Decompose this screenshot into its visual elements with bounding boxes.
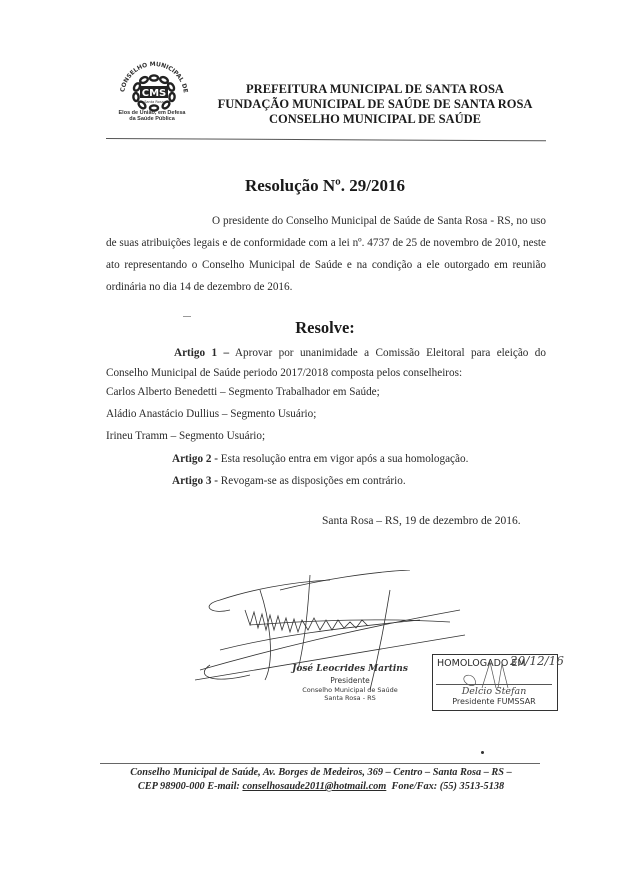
stray-dot bbox=[481, 751, 484, 754]
footer-divider bbox=[100, 763, 540, 764]
svg-text:CMS: CMS bbox=[142, 88, 167, 99]
member-2: Aládio Anastácio Dullius – Segmento Usuá… bbox=[106, 408, 316, 420]
article-3-text: Revogam-se as disposições em contrário. bbox=[221, 475, 406, 487]
letterhead-line1: PREFEITURA MUNICIPAL DE SANTA ROSA bbox=[210, 82, 540, 97]
stamp-signatory-name: Delcio Stefan bbox=[436, 686, 552, 697]
member-1: Carlos Alberto Benedetti – Segmento Trab… bbox=[106, 386, 380, 398]
footer-contact: Conselho Municipal de Saúde, Av. Borges … bbox=[96, 766, 546, 794]
footer-line2: CEP 98900-000 E-mail: conselhosaude2011@… bbox=[96, 780, 546, 794]
place-date: Santa Rosa – RS, 19 de dezembro de 2016. bbox=[322, 515, 521, 527]
logo-caption-line2: da Saúde Pública bbox=[102, 116, 202, 122]
article-1-text: Aprovar por unanimidade a Comissão Eleit… bbox=[106, 347, 546, 379]
letterhead-line3: CONSELHO MUNICIPAL DE SAÚDE bbox=[210, 112, 540, 127]
signatory-name: José Leocrides Martins bbox=[290, 664, 410, 674]
signatory-org-name: Conselho Municipal de Saúde bbox=[283, 686, 417, 694]
letterhead-line2: FUNDAÇÃO MUNICIPAL DE SAÚDE DE SANTA ROS… bbox=[210, 97, 540, 112]
footer-cep: CEP 98900-000 E-mail: bbox=[138, 781, 240, 792]
resolve-heading: Resolve: bbox=[100, 318, 550, 338]
signatory-org: Conselho Municipal de Saúde Santa Rosa -… bbox=[283, 686, 417, 702]
stamp-signatory-role: Presidente FUMSSAR bbox=[436, 697, 552, 706]
member-3: Irineu Tramm – Segmento Usuário; bbox=[106, 430, 265, 442]
logo-caption: Elos de União, em Defesa da Saúde Públic… bbox=[102, 110, 202, 122]
signatory-role: Presidente bbox=[290, 676, 410, 685]
header-divider bbox=[106, 138, 546, 141]
svg-text:Santa Rosa: Santa Rosa bbox=[144, 100, 164, 104]
footer-phone: Fone/Fax: (55) 3513-5138 bbox=[391, 781, 504, 792]
signatory-city: Santa Rosa - RS bbox=[283, 694, 417, 702]
footer-address: Conselho Municipal de Saúde, Av. Borges … bbox=[96, 766, 546, 780]
article-2-text: Esta resolução entra em vigor após a sua… bbox=[221, 453, 469, 465]
footer-email-link[interactable]: conselhosaude2011@hotmail.com bbox=[242, 781, 386, 792]
article-3-label: Artigo 3 - bbox=[172, 475, 218, 487]
article-3: Artigo 3 - Revogam-se as disposições em … bbox=[172, 475, 406, 487]
article-1-label: Artigo 1 – bbox=[174, 347, 229, 359]
article-1: Artigo 1 – Aprovar por unanimidade a Com… bbox=[106, 344, 546, 383]
resolution-title: Resolução Nº. 29/2016 bbox=[100, 176, 550, 196]
stray-mark bbox=[183, 316, 191, 317]
stamp-divider bbox=[436, 684, 552, 685]
preamble-paragraph: O presidente do Conselho Municipal de Sa… bbox=[106, 210, 546, 298]
preamble-text: O presidente do Conselho Municipal de Sa… bbox=[106, 215, 546, 293]
letterhead: PREFEITURA MUNICIPAL DE SANTA ROSA FUNDA… bbox=[210, 82, 540, 127]
article-2-label: Artigo 2 - bbox=[172, 453, 218, 465]
article-2: Artigo 2 - Esta resolução entra em vigor… bbox=[172, 453, 468, 465]
